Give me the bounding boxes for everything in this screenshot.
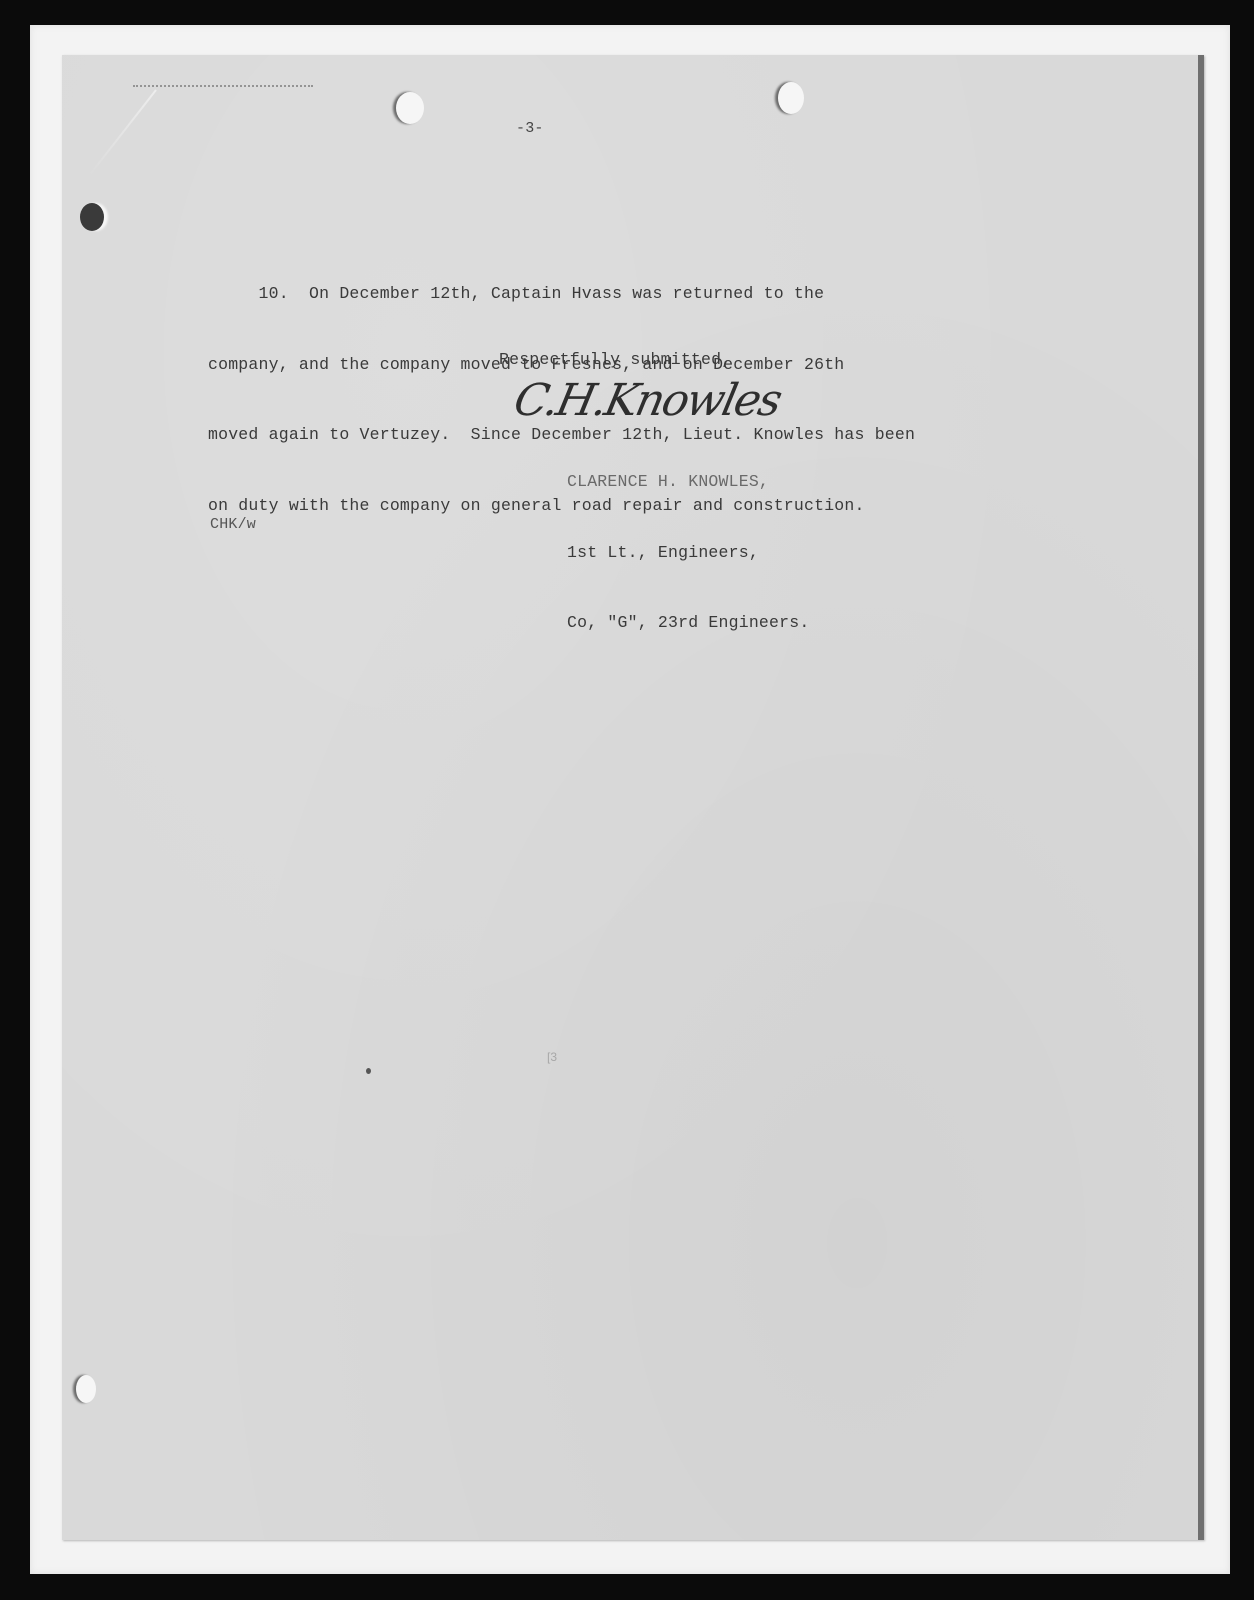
punch-hole-top-left <box>396 92 424 124</box>
signature-block: CLARENCE H. KNOWLES, 1st Lt., Engineers,… <box>567 423 809 658</box>
archive-mark-center: [3 <box>547 1050 557 1064</box>
punch-hole-left-lower <box>76 1375 96 1403</box>
paragraph-line: 10. On December 12th, Captain Hvass was … <box>208 282 915 306</box>
signatory-rank: 1st Lt., Engineers, <box>567 541 809 565</box>
ink-speck <box>366 1068 371 1074</box>
punch-hole-top-right <box>778 82 804 114</box>
page-number: -3- <box>516 120 544 137</box>
punch-hole-left-upper <box>80 203 104 231</box>
signatory-name: CLARENCE H. KNOWLES, <box>567 470 809 494</box>
handwritten-signature: C.H.Knowles <box>510 375 785 426</box>
signatory-unit: Co, "G", 23rd Engineers. <box>567 611 809 635</box>
staple-holes <box>133 85 313 93</box>
reference-initials: CHK/w <box>210 516 256 533</box>
closing-line: Respectfully submitted, <box>499 350 731 369</box>
